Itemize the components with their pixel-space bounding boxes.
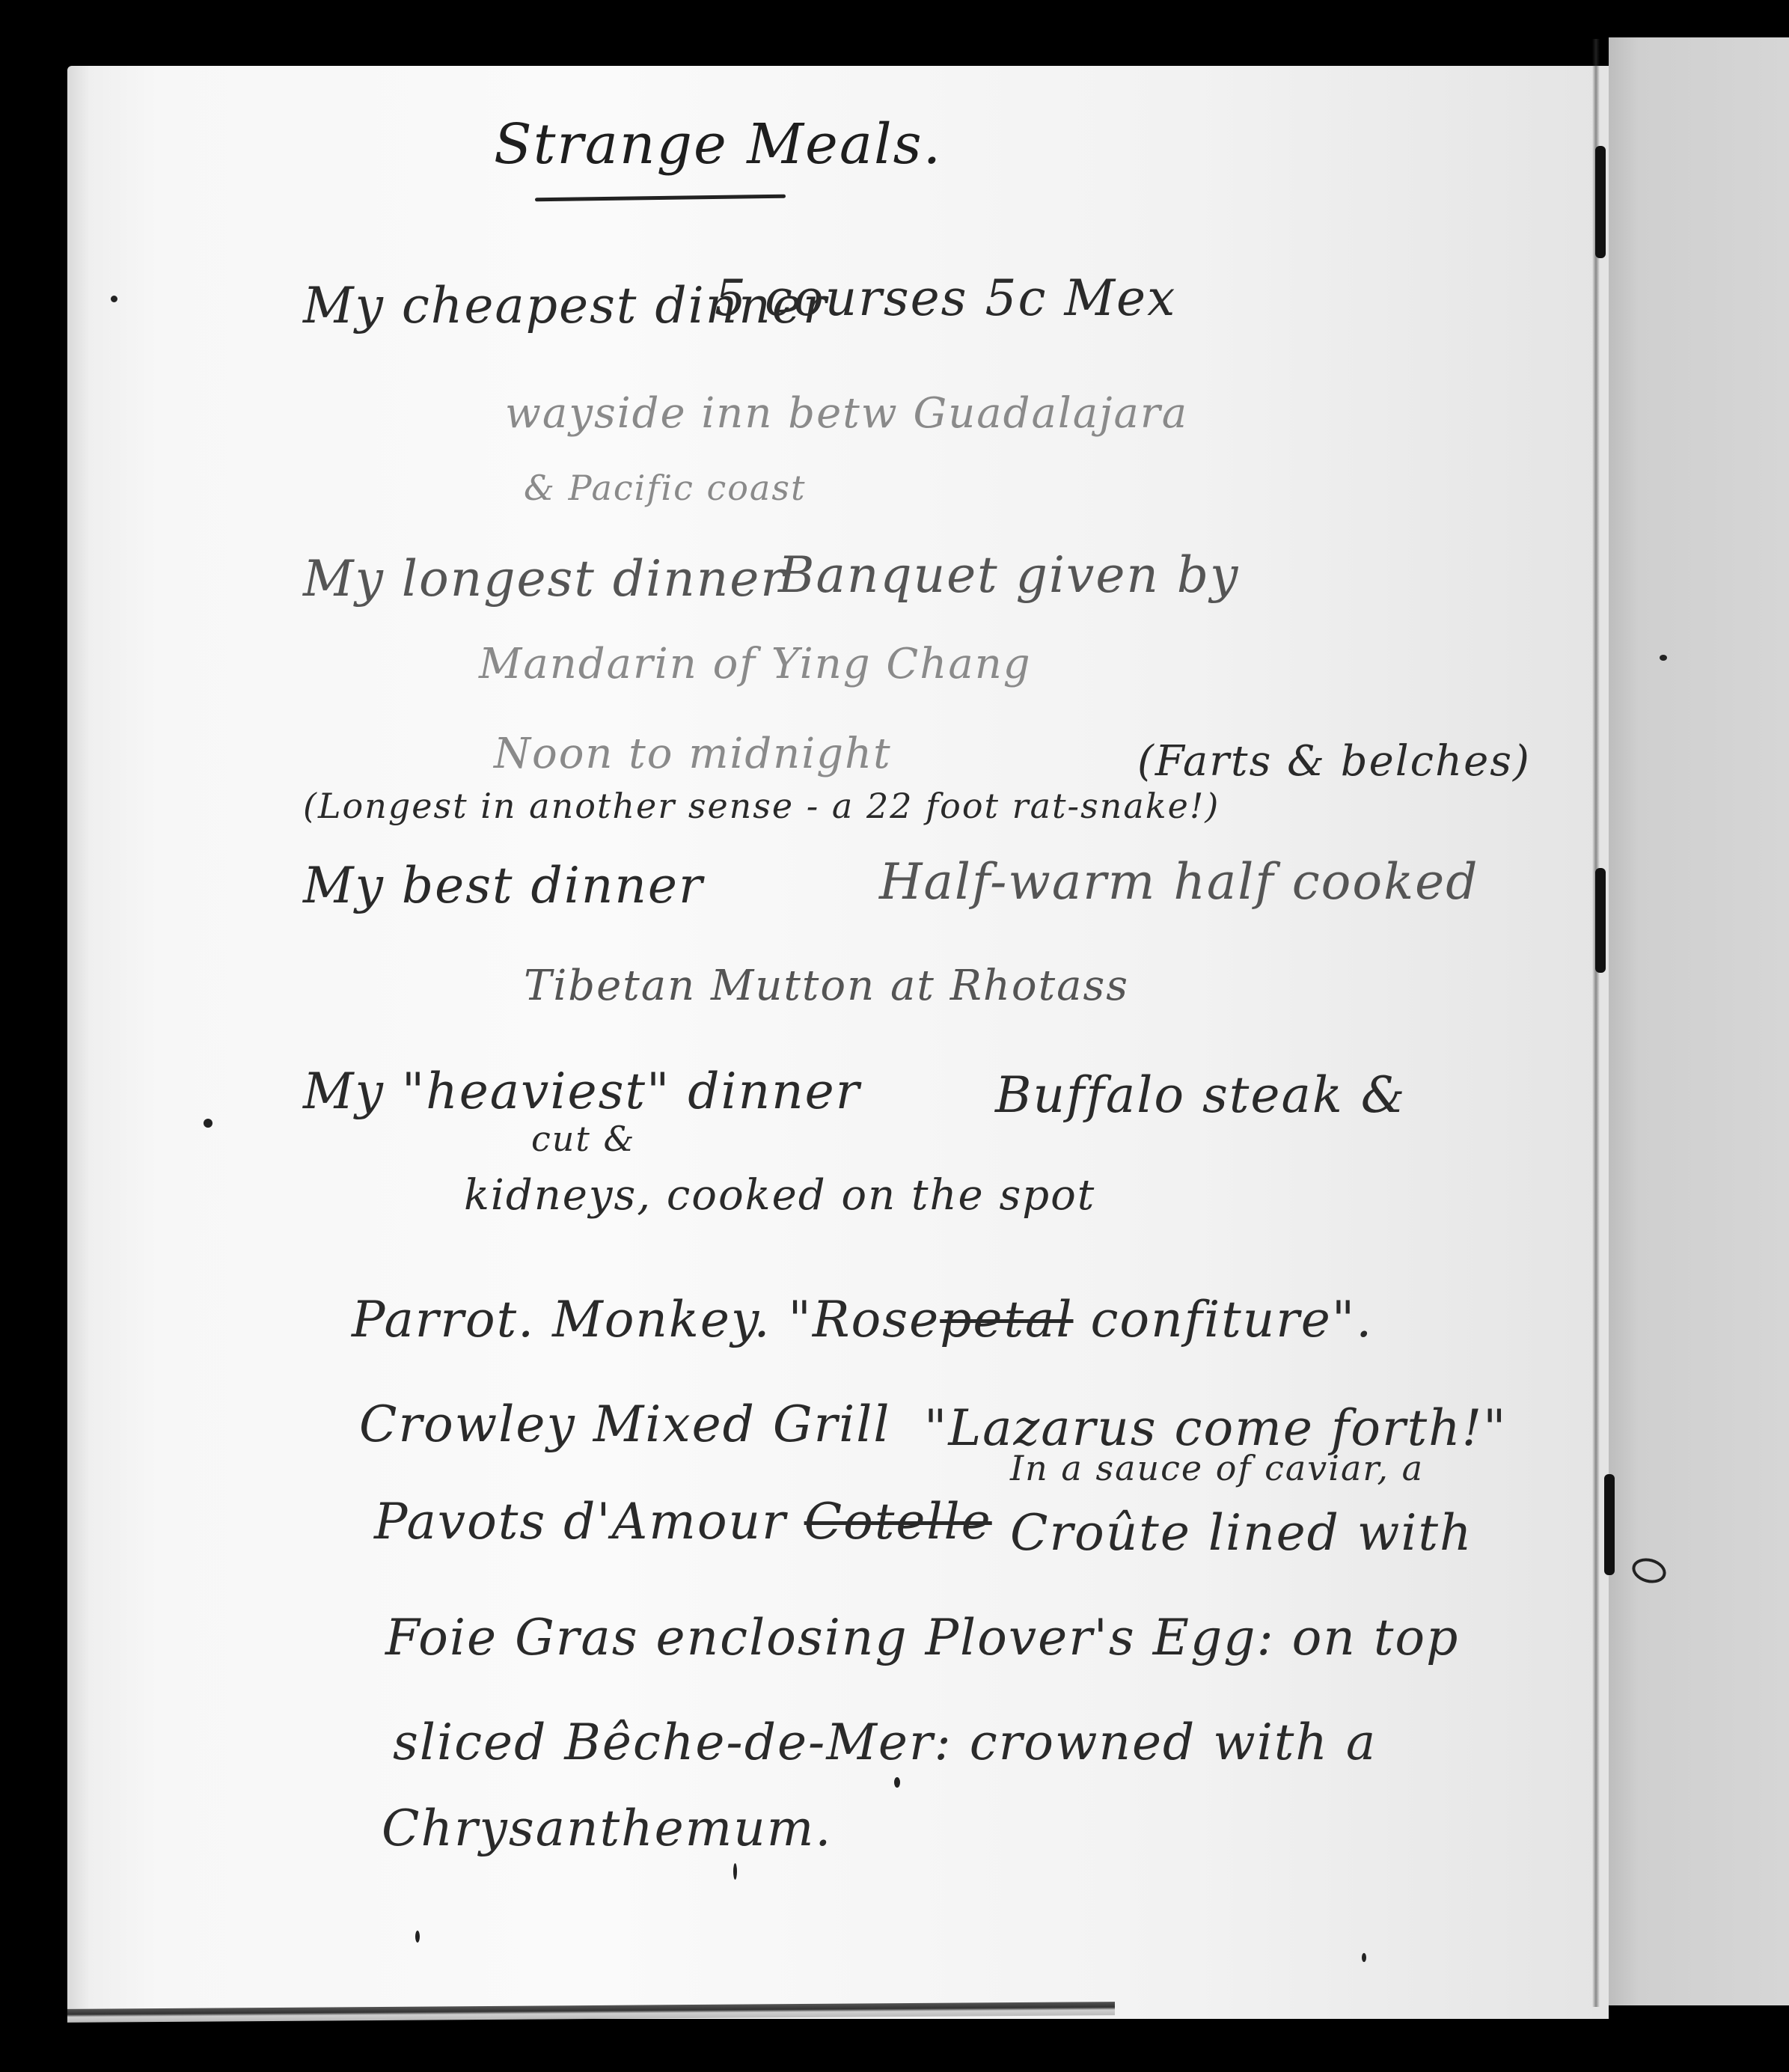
entry-longest-detail: Banquet given by bbox=[778, 546, 1239, 604]
entry-heaviest-heading: My "heaviest" dinner bbox=[303, 1063, 860, 1120]
entry-heaviest-insertion: cut & bbox=[531, 1119, 635, 1159]
ink-speck bbox=[204, 1119, 212, 1128]
ink-speck bbox=[733, 1863, 737, 1880]
entry-longest-line-2: Noon to midnight bbox=[494, 730, 892, 778]
pavots-line-2: Foie Gras enclosing Plover's Egg: on top bbox=[385, 1609, 1459, 1666]
ink-speck bbox=[1660, 655, 1667, 661]
pavots-heading-text: Pavots d'Amour bbox=[374, 1493, 804, 1550]
entry-longest-line-1: Mandarin of Ying Chang bbox=[479, 640, 1032, 688]
entry-heaviest-detail: Buffalo steak & bbox=[995, 1066, 1407, 1124]
entry-longest-heading: My longest dinner bbox=[303, 550, 786, 608]
pavots-line-4: Chrysanthemum. bbox=[382, 1800, 832, 1857]
ink-speck bbox=[894, 1777, 900, 1788]
list-line-text: Parrot. Monkey. "Rose bbox=[352, 1291, 940, 1348]
entry-best-line-1: Tibetan Mutton at Rhotass bbox=[524, 962, 1129, 1010]
binding-mark-middle bbox=[1595, 868, 1606, 973]
ink-speck bbox=[111, 296, 117, 302]
facing-page bbox=[1609, 37, 1789, 2005]
page-title: Strange Meals. bbox=[494, 112, 942, 177]
pavots-line-3: sliced Bêche-de-Mer: crowned with a bbox=[393, 1714, 1377, 1771]
left-black-border bbox=[0, 0, 67, 2072]
entry-heaviest-line-1: kidneys, cooked on the spot bbox=[464, 1171, 1095, 1220]
entry-cheapest-line-1: wayside inn betw Guadalajara bbox=[505, 389, 1188, 438]
entry-longest-aside: (Farts & belches) bbox=[1137, 737, 1531, 786]
list-line-text-end: confiture". bbox=[1073, 1291, 1373, 1348]
pavots-struck-word: Cotelle bbox=[804, 1493, 992, 1550]
pavots-line-1: Croûte lined with bbox=[1010, 1504, 1473, 1562]
pavots-heading: Pavots d'Amour Cotelle bbox=[374, 1493, 992, 1550]
entry-best-heading: My best dinner bbox=[303, 857, 704, 914]
entry-cheapest-detail: 5 courses 5c Mex bbox=[715, 269, 1176, 327]
pavots-insertion: In a sauce of caviar, a bbox=[1010, 1448, 1424, 1488]
list-line-parrot-monkey: Parrot. Monkey. "Rosepetal confiture". bbox=[352, 1291, 1373, 1348]
binding-mark-top bbox=[1595, 146, 1606, 258]
ink-speck bbox=[415, 1931, 420, 1943]
entry-longest-note: (Longest in another sense - a 22 foot ra… bbox=[303, 786, 1220, 826]
struck-word: petal bbox=[940, 1291, 1073, 1348]
ink-speck bbox=[1362, 1953, 1366, 1962]
binding-mark-bottom bbox=[1604, 1474, 1615, 1575]
page-gutter bbox=[1592, 39, 1600, 2007]
entry-cheapest-line-2: & Pacific coast bbox=[524, 468, 806, 508]
entry-best-detail: Half-warm half cooked bbox=[879, 853, 1478, 911]
crowley-mixed-grill: Crowley Mixed Grill bbox=[359, 1396, 891, 1453]
